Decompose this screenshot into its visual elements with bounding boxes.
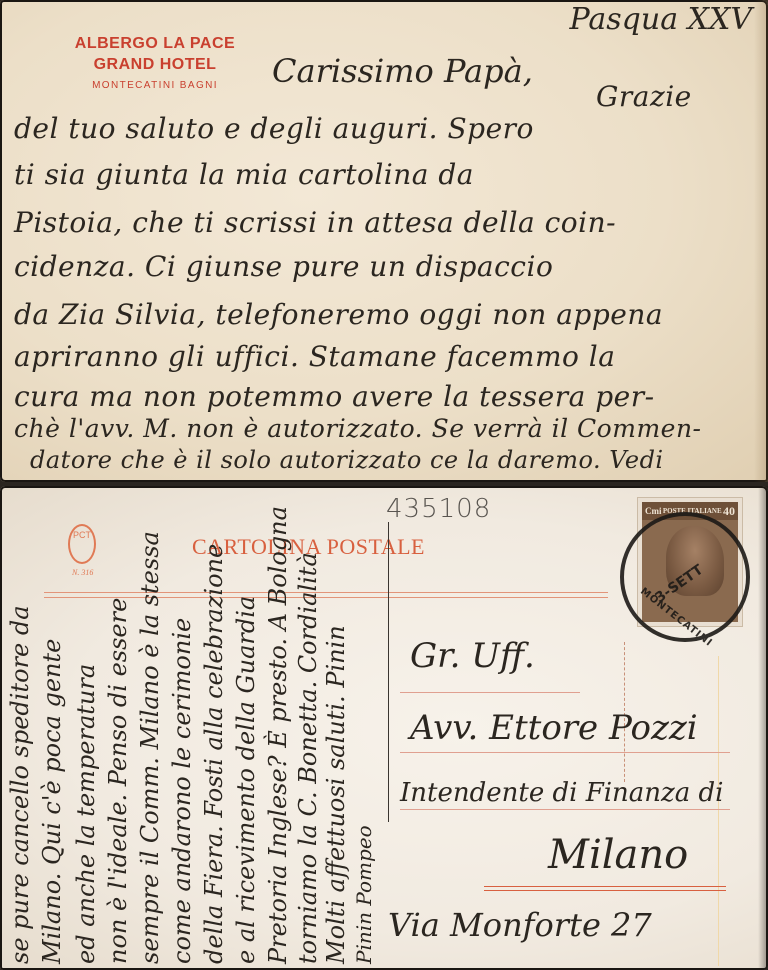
vertical-message-line: se pure cancello speditore da	[6, 605, 34, 964]
vertical-message-line: come andarono le cerimonie	[168, 618, 196, 964]
hotel-location: MONTECATINI BAGNI	[40, 80, 270, 91]
address-title: Gr. Uff.	[410, 636, 535, 676]
message-line: cura ma non potemmo avere la tessera per…	[14, 380, 655, 413]
archive-number: 435108	[386, 494, 491, 524]
address-rule	[400, 692, 580, 693]
address-street: Via Monforte 27	[388, 906, 652, 944]
address-city: Milano	[548, 832, 688, 878]
postmark-cancel: 3-SETT MONTECATINI	[620, 512, 750, 642]
hotel-subtitle: GRAND HOTEL	[40, 54, 270, 76]
address-office: Intendente di Finanza di	[400, 778, 723, 808]
date-note: Pasqua XXV	[570, 2, 752, 37]
hotel-name: ALBERGO LA PACE	[40, 34, 270, 54]
vertical-message-line: della Fiera. Fosti alla celebrazione	[200, 544, 228, 964]
address-rule-double	[484, 886, 726, 891]
message-line: del tuo saluto e degli auguri. Spero	[14, 112, 534, 145]
address-name: Avv. Ettore Pozzi	[410, 708, 698, 748]
vertical-message-line: Pretoria Inglese? È presto. A Bologna	[264, 506, 292, 964]
message-line: datore che è il solo autorizzato ce la d…	[30, 446, 664, 474]
vertical-message-line: ed anche la temperatura	[72, 664, 100, 964]
message-line: Pistoia, che ti scrissi in attesa della …	[14, 206, 616, 239]
postcard-address-side: PCT N. 316 CARTOLINA POSTALE 435108 se p…	[0, 486, 768, 970]
address-rule	[400, 752, 730, 753]
vertical-message-line: Milano. Qui c'è poca gente	[38, 639, 66, 964]
vertical-message-line: sempre il Comm. Milano è la stessa	[136, 531, 164, 964]
stamp-currency-mark: Cmi	[645, 506, 662, 516]
postcard-message-side: ALBERGO LA PACE GRAND HOTEL MONTECATINI …	[0, 0, 768, 482]
vertical-message-line: Pinin Pompeo	[352, 825, 376, 964]
vertical-message-line: non è l'ideale. Penso di essere	[104, 598, 132, 964]
center-divider	[388, 522, 389, 822]
vertical-message: se pure cancello speditore da Milano. Qu…	[4, 494, 374, 964]
vertical-message-line: Molti affettuosi saluti. Pinin	[322, 625, 350, 964]
message-line: da Zia Silvia, telefoneremo oggi non app…	[14, 298, 663, 331]
message-line: cidenza. Ci giunse pure un dispaccio	[14, 250, 553, 283]
salutation: Carissimo Papà,	[272, 52, 533, 90]
address-margin-rule	[718, 656, 719, 966]
vertical-message-line: e al ricevimento della Guardia	[232, 596, 260, 964]
vertical-message-line: torniamo la C. Bonetta. Cordialità	[294, 552, 322, 964]
message-line: Grazie	[596, 80, 692, 113]
hotel-letterhead: ALBERGO LA PACE GRAND HOTEL MONTECATINI …	[40, 34, 270, 91]
message-line: ti sia giunta la mia cartolina da	[14, 158, 474, 191]
address-rule	[400, 809, 730, 810]
message-line: chè l'avv. M. non è autorizzato. Se verr…	[14, 414, 702, 443]
message-line: apriranno gli uffici. Stamane facemmo la	[14, 340, 615, 373]
stamp-value: 40	[723, 504, 735, 519]
